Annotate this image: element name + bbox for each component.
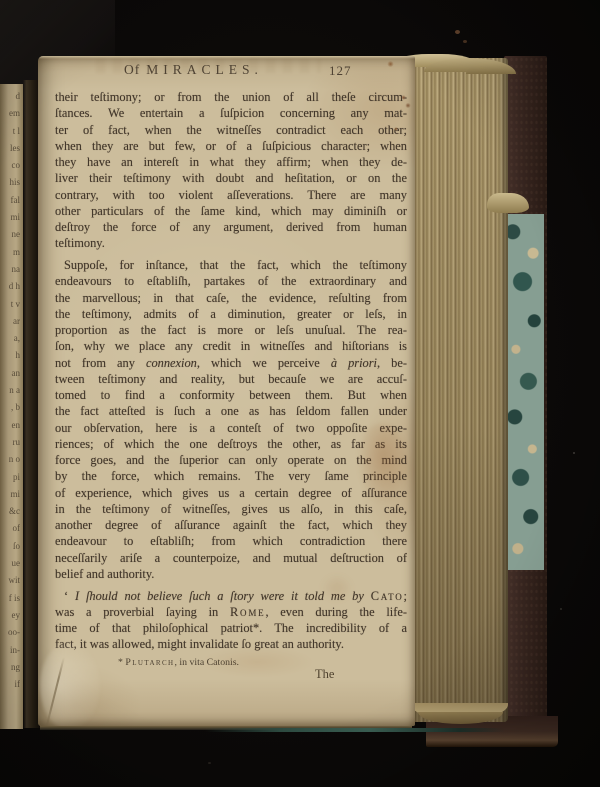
- fore-edge-page-stack: [409, 58, 508, 722]
- facing-text-fragment: an: [0, 365, 23, 382]
- text-line: in the teſtimony of witneſſes, gives us …: [55, 501, 407, 517]
- running-head: OfMIRACLES. 127: [38, 62, 415, 80]
- facing-text-fragment: mi: [0, 486, 23, 503]
- facing-page-edge: demt llescohisfalminemnad ht vara,hann a…: [0, 84, 23, 729]
- facing-text-fragment: ey: [0, 607, 23, 624]
- facing-text-fragment: t l: [0, 123, 23, 140]
- text-line: force goes, and the ſuperior can only op…: [55, 452, 407, 468]
- facing-text-fragment: oo-: [0, 624, 23, 641]
- facing-text-fragment: ſo: [0, 538, 23, 555]
- facing-text-fragment: t v: [0, 296, 23, 313]
- running-head-word: Of: [124, 62, 140, 77]
- facing-text-fragment: a,: [0, 330, 23, 347]
- text-line: deſtroy the force of any argument, deriv…: [55, 219, 407, 235]
- text-line: they have an intereſt in what they affir…: [55, 154, 407, 170]
- text-line: ſtances. We entertain a ſuſpicion concer…: [55, 105, 407, 121]
- text-line: when they are but few, or of a ſuſpiciou…: [55, 138, 407, 154]
- running-head-word-spaced: MIRACLES.: [146, 62, 263, 77]
- facing-text-fragment: d h: [0, 278, 23, 295]
- facing-text-fragment: n a: [0, 382, 23, 399]
- dust-speck: [463, 40, 467, 43]
- dust-speck: [573, 452, 575, 454]
- facing-text-fragment: &c: [0, 503, 23, 520]
- dust-speck: [455, 30, 460, 34]
- facing-text-fragment: co: [0, 157, 23, 174]
- text-line: the teſtimony, admits of a diminution, g…: [55, 306, 407, 322]
- text-line: ‘ I ſhould not believe ſuch a ſtory were…: [55, 588, 407, 604]
- facing-text-fragment: in-: [0, 642, 23, 659]
- text-line: their teſtimony; or from the union of al…: [55, 89, 407, 105]
- facing-text-fragment: of: [0, 520, 23, 537]
- text-line: Suppoſe, for inſtance, that the fact, wh…: [55, 257, 407, 273]
- footnote: * Plutarch, in vita Catonis.: [118, 657, 239, 668]
- text-line: teſtimony.: [55, 235, 407, 251]
- text-line: endeavours to eſtabliſh, partakes of the…: [55, 273, 407, 289]
- text-line: another degree of aſſurance againſt the …: [55, 517, 407, 533]
- text-line: tomed to find a conformity between them.…: [55, 387, 407, 403]
- text-line: tween teſtimony and reality, but becauſe…: [55, 371, 407, 387]
- text-line: the marvellous; in that caſe, the eviden…: [55, 290, 407, 306]
- text-line: was a proverbial ſaying in Rome, even du…: [55, 604, 407, 620]
- text-line: liver their teſtimony with doubt and heſ…: [55, 170, 407, 186]
- facing-text-fragment: fal: [0, 192, 23, 209]
- running-head-title: OfMIRACLES.: [124, 62, 263, 78]
- facing-text-fragment: if: [0, 676, 23, 693]
- facing-text-fragment: ng: [0, 659, 23, 676]
- facing-text-fragment: ar: [0, 313, 23, 330]
- paragraph: Suppoſe, for inſtance, that the fact, wh…: [55, 257, 407, 582]
- book-page: OfMIRACLES. 127 their teſtimony; or from…: [38, 56, 415, 726]
- text-line: by the force, which remains. The very ſa…: [55, 468, 407, 484]
- paragraph: their teſtimony; or from the union of al…: [55, 89, 407, 252]
- body-text: their teſtimony; or from the union of al…: [55, 89, 407, 658]
- text-line: contrary, with too violent aſſeverations…: [55, 187, 407, 203]
- text-line: ter of fact, when the witneſſes contradi…: [55, 122, 407, 138]
- facing-text-fragment: f is: [0, 590, 23, 607]
- text-line: time of that philoſophical patriot*. The…: [55, 620, 407, 636]
- facing-text-fragment: his: [0, 174, 23, 191]
- text-line: our obſervation, here is a conteſt of tw…: [55, 420, 407, 436]
- facing-text-fragment: m: [0, 244, 23, 261]
- text-line: belief and authority.: [55, 566, 407, 582]
- text-line: riences; of which the one deſtroys the o…: [55, 436, 407, 452]
- text-line: the fact atteſted is ſuch a one as has ſ…: [55, 403, 407, 419]
- page-corner-curl: [487, 193, 529, 213]
- catchword: The: [315, 667, 334, 682]
- facing-text-fragment: d: [0, 88, 23, 105]
- facing-text-fragment: em: [0, 105, 23, 122]
- facing-text-fragment: h: [0, 347, 23, 364]
- paper-crease: [45, 657, 65, 726]
- facing-text-fragment: ru: [0, 434, 23, 451]
- text-line: not from any connexion, which we perceiv…: [55, 355, 407, 371]
- book-photograph: demt llescohisfalminemnad ht vara,hann a…: [0, 0, 600, 787]
- facing-text-fragment: ne: [0, 226, 23, 243]
- page-number: 127: [329, 63, 352, 79]
- facing-text-fragment: , b: [0, 399, 23, 416]
- text-line: of experience, which gives us a certain …: [55, 485, 407, 501]
- facing-text-fragment: n o: [0, 451, 23, 468]
- text-line: other particulars of the ſame kind, whic…: [55, 203, 407, 219]
- facing-text-fragment: na: [0, 261, 23, 278]
- facing-text-fragment: en: [0, 417, 23, 434]
- paragraph: ‘ I ſhould not believe ſuch a ſtory were…: [55, 588, 407, 653]
- facing-text-fragment: mi: [0, 209, 23, 226]
- text-line: fact, it was allowed, might invalidate ſ…: [55, 636, 407, 652]
- endpaper-bottom-sliver: [205, 728, 505, 732]
- text-line: neceſſarily ariſe a counterpoize, and mu…: [55, 550, 407, 566]
- text-line: proportion as the fact is more or leſs u…: [55, 322, 407, 338]
- dust-speck: [560, 608, 562, 610]
- text-line: endeavour to eſtabliſh; from which contr…: [55, 533, 407, 549]
- text-line: ſon, why we place any credit in witneſſe…: [55, 338, 407, 354]
- marbled-endpaper: [505, 214, 544, 570]
- dust-speck: [208, 762, 211, 764]
- facing-text-fragment: wit: [0, 572, 23, 589]
- facing-text-fragment: pi: [0, 469, 23, 486]
- facing-text-fragment: les: [0, 140, 23, 157]
- facing-page-text-fragments: demt llescohisfalminemnad ht vara,hann a…: [0, 88, 23, 693]
- facing-text-fragment: ue: [0, 555, 23, 572]
